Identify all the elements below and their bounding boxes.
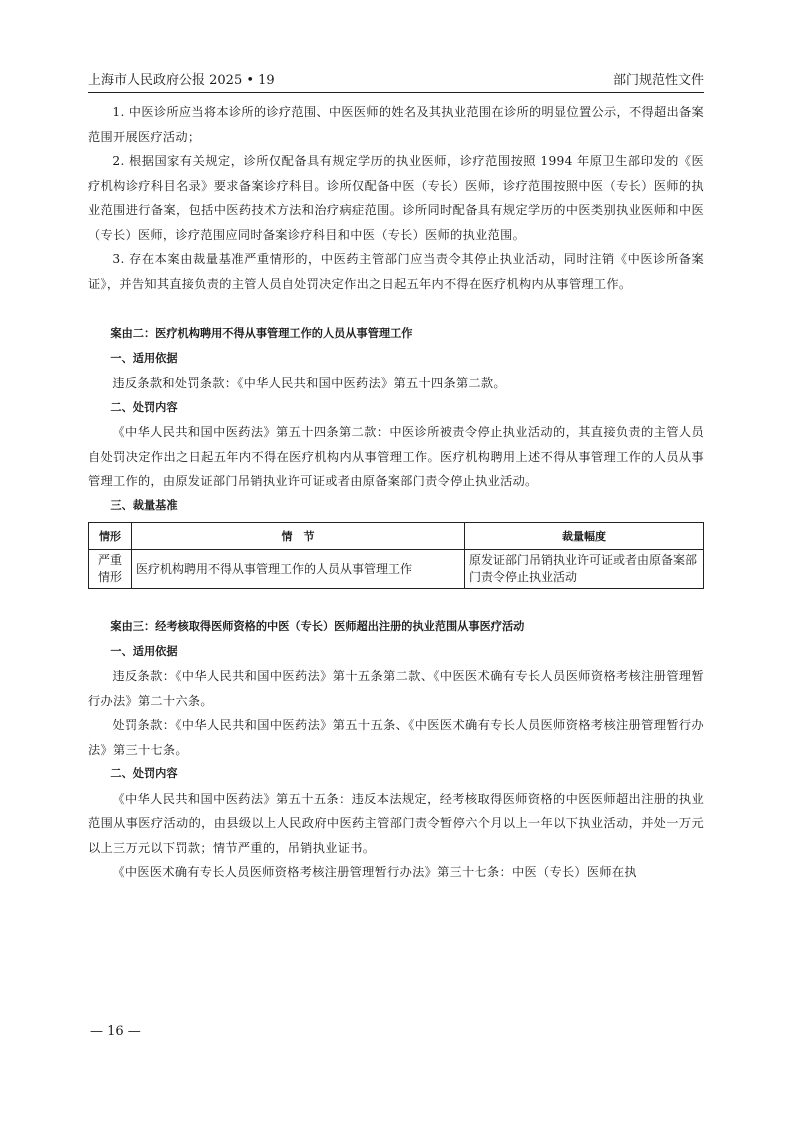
table-cell-range: 原发证部门吊销执业许可证或者由原备案部门责令停止执业活动 [465, 550, 704, 589]
table-cell-situation: 严重情形 [89, 550, 132, 589]
paragraph-item-2: 2. 根据国家有关规定，诊所仅配备具有规定学历的执业医师，诊疗范围按照 1994… [88, 149, 704, 247]
table-header-row: 情形 情 节 裁量幅度 [89, 523, 704, 550]
table-cell-circumstance: 医疗机构聘用不得从事管理工作的人员从事管理工作 [132, 550, 465, 589]
case3-basis-heading: 一、适用依据 [88, 640, 704, 665]
case3-penalty-clause-text: 处罚条款：《中华人民共和国中医药法》第五十五条、《中医医术确有专长人员医师资格考… [88, 713, 704, 762]
paragraph-item-3: 3. 存在本案由裁量基准严重情形的，中医药主管部门应当责令其停止执业活动，同时注… [88, 247, 704, 296]
page-number: — 16 — [90, 1024, 141, 1039]
paragraph-item-1: 1. 中医诊所应当将本诊所的诊疗范围、中医医师的姓名及其执业范围在诊所的明显位置… [88, 100, 704, 149]
table-header-situation: 情形 [89, 523, 132, 550]
table-row: 严重情形 医疗机构聘用不得从事管理工作的人员从事管理工作 原发证部门吊销执业许可… [89, 550, 704, 589]
section-label: 部门规范性文件 [613, 69, 704, 88]
discretion-table: 情形 情 节 裁量幅度 严重情形 医疗机构聘用不得从事管理工作的人员从事管理工作… [88, 522, 704, 589]
table-header-circumstance: 情 节 [132, 523, 465, 550]
case3-penalty-heading: 二、处罚内容 [88, 762, 704, 787]
case2-basis-heading: 一、适用依据 [88, 347, 704, 372]
header-divider [88, 92, 704, 93]
case3-title: 案由三：经考核取得医师资格的中医（专长）医师超出注册的执业范围从事医疗活动 [88, 615, 704, 640]
case2-basis-text: 违反条款和处罚条款：《中华人民共和国中医药法》第五十四条第二款。 [88, 371, 704, 396]
document-body: 1. 中医诊所应当将本诊所的诊疗范围、中医医师的姓名及其执业范围在诊所的明显位置… [88, 100, 704, 885]
case3-violation-text: 违反条款：《中华人民共和国中医药法》第十五条第二款、《中医医术确有专长人员医师资… [88, 664, 704, 713]
case3-penalty-text-1: 《中华人民共和国中医药法》第五十五条：违反本法规定，经考核取得医师资格的中医医师… [88, 787, 704, 861]
case3-penalty-text-2: 《中医医术确有专长人员医师资格考核注册管理暂行办法》第三十七条：中医（专长）医师… [88, 860, 704, 885]
table-header-range: 裁量幅度 [465, 523, 704, 550]
case2-title: 案由二：医疗机构聘用不得从事管理工作的人员从事管理工作 [88, 322, 704, 347]
case2-standard-heading: 三、裁量基准 [88, 494, 704, 519]
publication-title: 上海市人民政府公报 2025 • 19 [88, 69, 275, 88]
page-header: 上海市人民政府公报 2025 • 19 部门规范性文件 [88, 66, 704, 90]
case2-penalty-text: 《中华人民共和国中医药法》第五十四条第二款：中医诊所被责令停止执业活动的，其直接… [88, 420, 704, 494]
case2-penalty-heading: 二、处罚内容 [88, 396, 704, 421]
